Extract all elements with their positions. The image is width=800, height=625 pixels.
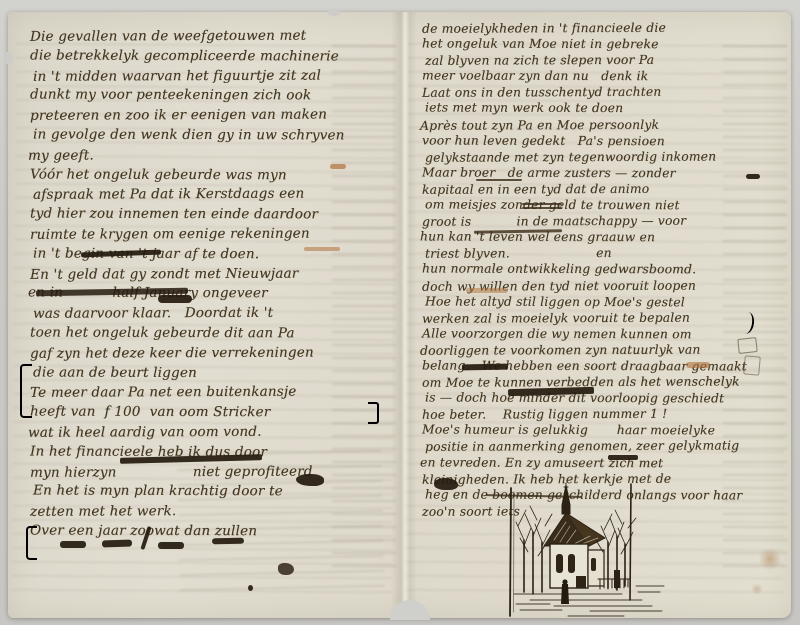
handwritten-line: Over een jaar zoowat dan zullen [30, 521, 388, 542]
handwritten-line: triest blyven. en [425, 245, 786, 263]
ink-strikethrough [608, 455, 638, 460]
margin-bracket [20, 364, 32, 418]
handwritten-line: om Moe te kunnen verbedden als het wensc… [422, 373, 786, 391]
ink-blot [296, 474, 324, 486]
handwritten-line: positie in aanmerking genomen, zeer gely… [425, 438, 786, 456]
handwritten-line: ruimte te krygen om eenige rekeningen [30, 224, 388, 245]
church-door [576, 576, 586, 588]
church-sketch [504, 482, 676, 625]
church-roof [544, 513, 605, 546]
handwritten-line: het ongeluk van Moe niet in gebreke [422, 36, 786, 53]
handwritten-line: hun normale ontwikkeling gedwarsboomd. [422, 261, 786, 278]
letter-page-left: Die gevallen van de weefgetouwen metdie … [8, 12, 400, 618]
handwritten-line: Alle voorzorgen die wy nemen kunnen om [422, 325, 786, 342]
handwritten-line: heeft van f 100 van oom Stricker [30, 403, 388, 424]
margin-box-doodle [737, 337, 757, 354]
handwritten-line: is — doch hoe minder dit voorloopig gesc… [425, 390, 786, 407]
ink-smudge [278, 563, 294, 575]
handwritten-line: Hoe het altyd stil liggen op Moe's geste… [425, 293, 786, 310]
handwritten-line: kapitaal en in een tyd dat de animo [422, 180, 786, 198]
ink-underline [476, 179, 522, 181]
handwritten-line: toen het ongeluk gebeurde dit aan Pa [30, 323, 388, 344]
handwritten-line: En 't geld dat gy zondt met Nieuwjaar [30, 264, 388, 285]
handwritten-line: myn hierzyn niet geprofiteerd [30, 462, 388, 483]
handwritten-line: afspraak met Pa dat ik Kerstdaags een [33, 185, 388, 206]
handwritten-line: gaf zyn het deze keer die verrekeningen [30, 343, 388, 364]
margin-bracket [26, 526, 37, 560]
ink-smudge [158, 295, 192, 303]
letter-sheet: Die gevallen van de weefgetouwen metdie … [8, 12, 791, 618]
handwritten-line: Die gevallen van de weefgetouwen met [30, 26, 388, 47]
handwritten-line: de moeielykheden in 't financieele die [422, 19, 786, 37]
handwritten-line: preteeren en zoo ik er eenigen van maken [30, 105, 388, 126]
ink-dash [158, 542, 184, 549]
handwritten-line: wat ik heel aardig van oom vond. [28, 422, 388, 443]
handwritten-line: doorliggen te voorkomen zyn natuurlyk va… [420, 341, 786, 359]
ink-dash [746, 174, 760, 179]
handwritten-line: zetten met het werk. [30, 501, 388, 522]
ink-underline [522, 203, 562, 205]
ink-dash [102, 539, 132, 547]
handwritten-line: Moe's humeur is gelukkig haar moeielyke [422, 422, 786, 439]
church-spire [562, 483, 570, 514]
ink-dot [248, 585, 253, 591]
ink-underline [522, 207, 562, 209]
handwritten-line: En het is myn plan krachtig door te [33, 482, 388, 503]
bare-trees-left [516, 506, 552, 594]
handwritten-line: Après tout zyn Pa en Moe persoonlyk [420, 116, 786, 134]
handwritten-line: groot is in de maatschappy — voor [422, 212, 786, 230]
edge-nick [6, 52, 13, 64]
handwritten-line: voor hun leven gedekt Pa's pensioen [422, 132, 786, 149]
stain [750, 584, 764, 594]
rust-smudge [330, 164, 346, 169]
handwritten-line: die betrekkelyk gecompliceerde machineri… [30, 46, 388, 67]
handwritten-line: en tevreden. En zy amuseert zich met [420, 454, 786, 471]
stain [758, 548, 782, 570]
handwritten-line: dunkt my voor penteekeningen zich ook [30, 86, 388, 107]
rust-smudge [304, 247, 340, 251]
scanned-letter: Die gevallen van de weefgetouwen metdie … [0, 0, 800, 625]
handwritten-text-right: de moeielykheden in 't financieele diehe… [422, 20, 786, 519]
handwritten-line: meer voelbaar zyn dan nu denk ik [422, 68, 786, 85]
handwritten-line: werken zal is moeielyk vooruit te bepale… [422, 309, 786, 327]
handwritten-line: Te meer daar Pa net een buitenkansje [30, 383, 388, 404]
church-facade [550, 544, 604, 588]
letter-page-right: de moeielykheden in 't financieele diehe… [400, 12, 791, 618]
ground-hatching [514, 586, 664, 616]
ink-dash [60, 541, 86, 548]
margin-bracket [368, 402, 379, 424]
handwritten-line: gelykstaande met zyn tegenwoordig inkome… [425, 148, 786, 166]
handwritten-line: in 't midden waarvan het figuurtje zit z… [33, 66, 388, 87]
edge-nick [328, 10, 340, 16]
handwritten-text-left: Die gevallen van de weefgetouwen metdie … [30, 27, 388, 542]
handwritten-line: iets met myn werk ook te doen [425, 100, 786, 117]
rust-smudge [686, 362, 710, 368]
handwritten-line: die aan de beurt liggen [33, 363, 388, 384]
ink-strikethrough [462, 364, 508, 371]
handwritten-line: was daarvoor klaar. Doordat ik 't [33, 303, 388, 324]
margin-box-doodle [743, 355, 761, 375]
handwritten-line: hoe beter. Rustig liggen nummer 1 ! [422, 405, 786, 423]
handwritten-line: om meisjes zonder geld te trouwen niet [425, 196, 786, 213]
rust-smudge [466, 288, 508, 293]
center-fold [391, 12, 417, 618]
handwritten-line: in gevolge den wenk dien gy in uw schryv… [33, 125, 388, 146]
handwritten-line: tyd hier zou innemen ten einde daardoor [30, 205, 388, 226]
ink-blot [434, 478, 458, 490]
ink-dash [212, 538, 244, 545]
handwritten-line: zal blyven na zich te slepen voor Pa [425, 51, 786, 69]
